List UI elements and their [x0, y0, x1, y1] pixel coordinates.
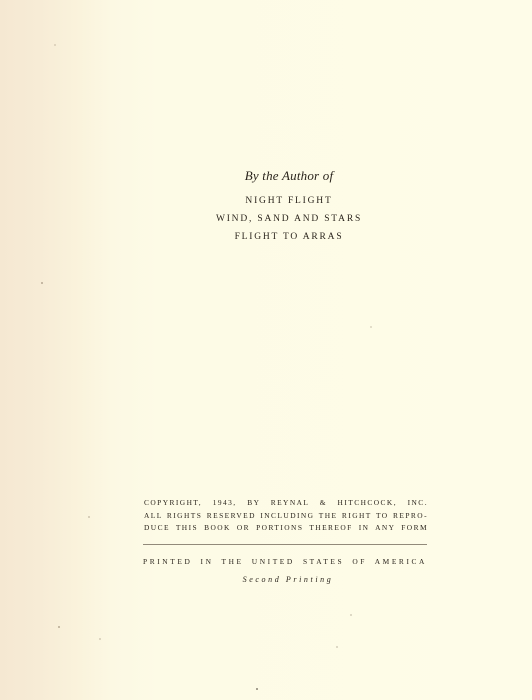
copyright-notice: COPYRIGHT, 1943, BY REYNAL & HITCHCOCK, …: [144, 497, 428, 535]
copyright-line: ALL RIGHTS RESERVED INCLUDING THE RIGHT …: [144, 510, 428, 523]
paper-speck: [350, 614, 352, 616]
paper-speck: [256, 688, 258, 690]
book-title: FLIGHT TO ARRAS: [46, 228, 532, 246]
paper-speck: [99, 638, 101, 640]
paper-speck: [58, 626, 60, 628]
book-title: WIND, SAND AND STARS: [46, 210, 532, 228]
paper-speck: [370, 326, 372, 328]
horizontal-rule: [143, 544, 427, 545]
title-list: NIGHT FLIGHT WIND, SAND AND STARS FLIGHT…: [46, 192, 532, 246]
copyright-line: COPYRIGHT, 1943, BY REYNAL & HITCHCOCK, …: [144, 497, 428, 510]
paper-speck: [54, 44, 56, 46]
byline: By the Author of: [46, 166, 532, 186]
book-title: NIGHT FLIGHT: [46, 192, 532, 210]
paper-speck: [41, 282, 43, 284]
paper-speck: [88, 516, 90, 518]
book-page: By the Author of NIGHT FLIGHT WIND, SAND…: [0, 0, 532, 700]
printing-edition: Second Printing: [0, 574, 532, 586]
author-block: By the Author of NIGHT FLIGHT WIND, SAND…: [0, 166, 532, 246]
copyright-line: DUCE THIS BOOK OR PORTIONS THEREOF IN AN…: [144, 522, 428, 535]
paper-speck: [336, 646, 338, 648]
printed-in-notice: PRINTED IN THE UNITED STATES OF AMERICA: [143, 556, 427, 568]
